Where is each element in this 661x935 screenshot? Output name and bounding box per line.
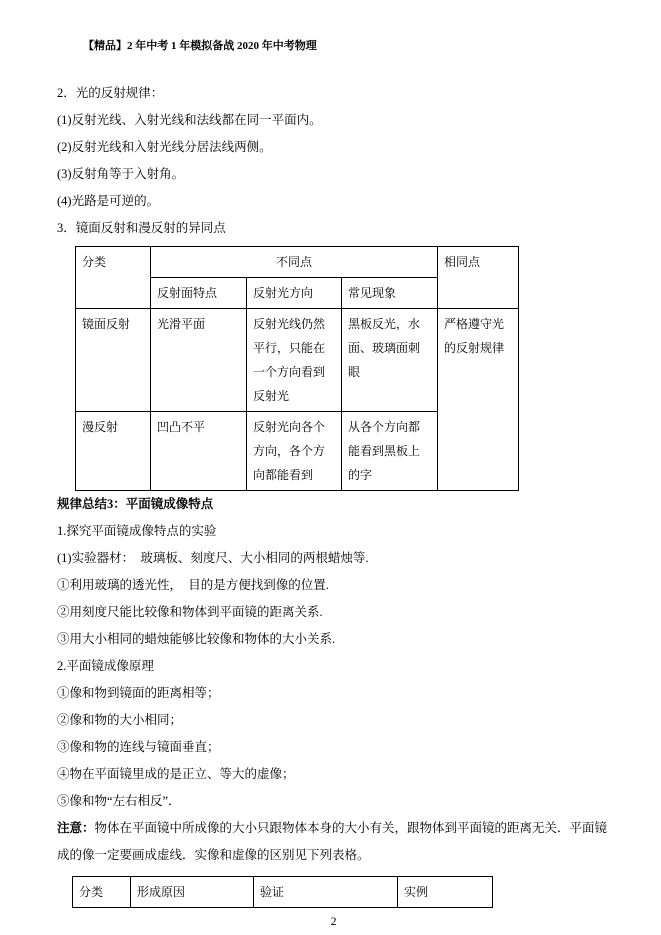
table-header-row: 分类 形成原因 验证 实例: [73, 877, 493, 908]
experiment-point-1: ①利用玻璃的透光性， 目的是方便找到像的位置.: [57, 572, 610, 599]
principle-point-3: ③像和物的连线与镜面垂直；: [57, 734, 610, 761]
note-paragraph: 注意：物体在平面镜中所成像的大小只跟物体本身的大小有关，跟物体到平面镜的距离无关…: [57, 815, 610, 869]
reflection-types-subtitle: 3．镜面反射和漫反射的异同点: [57, 215, 610, 242]
cell-row1-surface: 光滑平面: [151, 309, 247, 412]
cell-row2-direction: 反射光向各个方向，各个方向都能看到: [247, 412, 342, 491]
experiment-point-2: ②用刻度尺能比较像和物体到平面镜的距离关系.: [57, 599, 610, 626]
principle-title: 2.平面镜成像原理: [57, 653, 610, 680]
header-cell-phenomenon: 常见现象: [342, 278, 438, 309]
header-cell-cause: 形成原因: [131, 877, 254, 908]
principle-point-2: ②像和物的大小相同；: [57, 707, 610, 734]
header-cell-direction: 反射光方向: [247, 278, 342, 309]
table-header-row-1: 分类 不同点 相同点: [76, 247, 519, 278]
experiment-title: 1.探究平面镜成像特点的实验: [57, 518, 610, 545]
reflection-law-item-2: (2)反射光线和入射光线分居法线两侧。: [57, 134, 610, 161]
summary-3-title: 规律总结3：平面镜成像特点: [57, 491, 610, 518]
header-cell-verification: 验证: [254, 877, 398, 908]
cell-row1-type: 镜面反射: [76, 309, 151, 412]
document-header: 【精品】2 年中考 1 年模拟备战 2020 年中考物理: [57, 38, 610, 54]
cell-row1-direction: 反射光线仍然平行，只能在一个方向看到反射光: [247, 309, 342, 412]
header-cell-similarities: 相同点: [438, 247, 519, 309]
header-cell-surface: 反射面特点: [151, 278, 247, 309]
header-cell-category: 分类: [76, 247, 151, 309]
reflection-comparison-table: 分类 不同点 相同点 反射面特点 反射光方向 常见现象 镜面反射 光滑平面 反射…: [75, 246, 519, 491]
principle-point-1: ①像和物到镜面的距离相等；: [57, 680, 610, 707]
principle-point-5: ⑤像和物“左右相反”．: [57, 788, 610, 815]
equipment-line: (1)实验器材： 玻璃板、刻度尺、大小相同的两根蜡烛等.: [57, 545, 610, 572]
reflection-law-item-1: (1)反射光线、入射光线和法线都在同一平面内。: [57, 107, 610, 134]
header-cell-example: 实例: [398, 877, 493, 908]
principle-point-4: ④物在平面镜里成的是正立、等大的虚像；: [57, 761, 610, 788]
header-cell-differences: 不同点: [151, 247, 438, 278]
cell-row2-surface: 凹凸不平: [151, 412, 247, 491]
table-row: 镜面反射 光滑平面 反射光线仍然平行，只能在一个方向看到反射光 黑板反光，水面、…: [76, 309, 519, 412]
page-number: 2: [57, 913, 610, 929]
cell-row1-phenomenon: 黑板反光，水面、玻璃面刺眼: [342, 309, 438, 412]
image-types-table: 分类 形成原因 验证 实例: [72, 876, 493, 908]
cell-same-point: 严格遵守光的反射规律: [438, 309, 519, 491]
reflection-law-item-4: (4)光路是可逆的。: [57, 188, 610, 215]
cell-row2-type: 漫反射: [76, 412, 151, 491]
note-label: 注意：: [57, 821, 95, 835]
reflection-law-item-3: (3)反射角等于入射角。: [57, 161, 610, 188]
reflection-law-title: 2．光的反射规律：: [57, 80, 610, 107]
header-cell-category2: 分类: [73, 877, 131, 908]
cell-row2-phenomenon: 从各个方向都能看到黑板上的字: [342, 412, 438, 491]
note-text: 物体在平面镜中所成像的大小只跟物体本身的大小有关，跟物体到平面镜的距离无关．平面…: [57, 821, 607, 862]
experiment-point-3: ③用大小相同的蜡烛能够比较像和物体的大小关系.: [57, 626, 610, 653]
document-page: 【精品】2 年中考 1 年模拟备战 2020 年中考物理 2．光的反射规律： (…: [0, 0, 661, 929]
